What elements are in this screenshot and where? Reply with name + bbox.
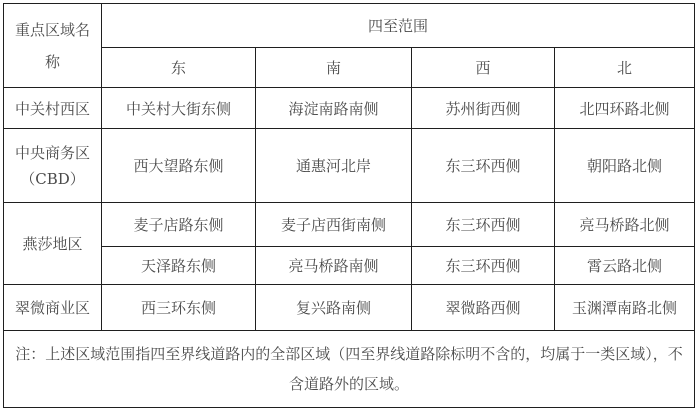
region-name-header-line1: 重点区域名 bbox=[8, 14, 97, 46]
boundary-cell-west: 东三环西侧 bbox=[412, 247, 555, 285]
boundary-cell-east: 天泽路东侧 bbox=[102, 247, 256, 285]
boundary-cell-south: 麦子店西街南侧 bbox=[256, 203, 412, 247]
header-row-scope: 重点区域名 称 四至范围 bbox=[4, 4, 695, 48]
region-name-header-cell: 重点区域名 称 bbox=[4, 4, 102, 88]
boundary-cell-west: 翠微路西侧 bbox=[412, 285, 555, 331]
region-name-cell: 翠微商业区 bbox=[4, 285, 102, 331]
table-row-zhongguancun: 中关村西区 中关村大街东侧 海淀南路南侧 苏州街西侧 北四环路北侧 bbox=[4, 88, 695, 129]
boundary-cell-north: 朝阳路北侧 bbox=[555, 129, 695, 203]
table-row-cuiwei: 翠微商业区 西三环东侧 复兴路南侧 翠微路西侧 玉渊潭南路北侧 bbox=[4, 285, 695, 331]
boundary-cell-east: 西大望路东侧 bbox=[102, 129, 256, 203]
boundary-cell-south: 通惠河北岸 bbox=[256, 129, 412, 203]
scope-header-cell: 四至范围 bbox=[102, 4, 695, 48]
boundary-cell-south: 海淀南路南侧 bbox=[256, 88, 412, 129]
boundary-cell-south: 亮马桥路南侧 bbox=[256, 247, 412, 285]
key-areas-boundary-table: 重点区域名 称 四至范围 东 南 西 北 中关村西区 中关村大街东侧 海淀南路南… bbox=[3, 3, 695, 408]
boundary-cell-south: 复兴路南侧 bbox=[256, 285, 412, 331]
region-name-line1: 中央商务区 bbox=[8, 140, 97, 166]
region-name-header-line2: 称 bbox=[8, 46, 97, 78]
region-name-cell: 燕莎地区 bbox=[4, 203, 102, 285]
col-header-north: 北 bbox=[555, 48, 695, 88]
boundary-cell-north: 霄云路北侧 bbox=[555, 247, 695, 285]
region-name-cell: 中央商务区 （CBD） bbox=[4, 129, 102, 203]
boundary-cell-west: 东三环西侧 bbox=[412, 203, 555, 247]
table-row-note: 注：上述区域范围指四至界线道路内的全部区域（四至界线道路除标明不含的，均属于一类… bbox=[4, 331, 695, 408]
table-row-cbd: 中央商务区 （CBD） 西大望路东侧 通惠河北岸 东三环西侧 朝阳路北侧 bbox=[4, 129, 695, 203]
boundary-cell-west: 东三环西侧 bbox=[412, 129, 555, 203]
boundary-cell-east: 麦子店路东侧 bbox=[102, 203, 256, 247]
boundary-cell-north: 亮马桥路北侧 bbox=[555, 203, 695, 247]
region-name-cell: 中关村西区 bbox=[4, 88, 102, 129]
table-row-yansha-1: 燕莎地区 麦子店路东侧 麦子店西街南侧 东三环西侧 亮马桥路北侧 bbox=[4, 203, 695, 247]
col-header-east: 东 bbox=[102, 48, 256, 88]
col-header-south: 南 bbox=[256, 48, 412, 88]
region-name-line2: （CBD） bbox=[8, 166, 97, 192]
boundary-cell-east: 西三环东侧 bbox=[102, 285, 256, 331]
col-header-west: 西 bbox=[412, 48, 555, 88]
boundary-cell-north: 北四环路北侧 bbox=[555, 88, 695, 129]
header-row-directions: 东 南 西 北 bbox=[4, 48, 695, 88]
table-note: 注：上述区域范围指四至界线道路内的全部区域（四至界线道路除标明不含的，均属于一类… bbox=[4, 331, 695, 408]
boundary-cell-east: 中关村大街东侧 bbox=[102, 88, 256, 129]
table-row-yansha-2: 天泽路东侧 亮马桥路南侧 东三环西侧 霄云路北侧 bbox=[4, 247, 695, 285]
boundary-cell-west: 苏州街西侧 bbox=[412, 88, 555, 129]
boundary-cell-north: 玉渊潭南路北侧 bbox=[555, 285, 695, 331]
